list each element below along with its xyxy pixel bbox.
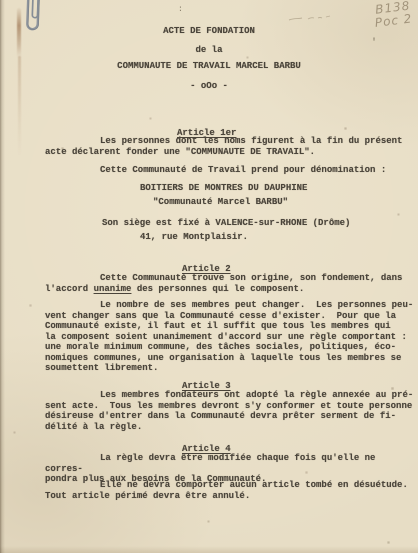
- article1-subname: "Communauté Marcel BARBU": [153, 197, 288, 208]
- article1-siege: Son siège est fixé à VALENCE-sur-RHONE (…: [102, 218, 350, 229]
- stray-colon-mark: :: [178, 6, 183, 14]
- scanned-document-page: B138 Poc 2 : ' ACTE DE FONDATION de la C…: [0, 0, 418, 553]
- article1-paragraph1: Les personnes dont les noms figurent à l…: [45, 136, 417, 157]
- article2-p1-underlined-word: unanime: [94, 284, 132, 294]
- doc-title-ornament: - oOo -: [0, 81, 418, 92]
- doc-title-line1: ACTE DE FONDATION: [0, 26, 418, 37]
- doc-title-line2: de la: [0, 45, 418, 56]
- article3-paragraph1: Les membres fondateurs ont adopté la règ…: [45, 390, 417, 432]
- article1-paragraph2: Cette Communauté de Travail prend pour d…: [45, 165, 417, 176]
- article2-p1-after: des personnes qui le composent.: [131, 284, 304, 294]
- article2-paragraph1: Cette Communauté trouve son origine, son…: [45, 273, 417, 294]
- pencil-scribble: [288, 13, 332, 25]
- paper-speckles: [0, 0, 1, 1]
- article1-denomination: BOITIERS DE MONTRES DU DAUPHINE: [140, 183, 307, 194]
- article4-paragraph2: Elle ne devra comporter aucun article to…: [45, 480, 417, 501]
- article1-address: 41, rue Montplaisir.: [140, 232, 248, 243]
- article2-paragraph2: Le nombre de ses membres peut changer. L…: [45, 300, 417, 374]
- doc-title-line3: COMMUNAUTE DE TRAVAIL MARCEL BARBU: [0, 61, 418, 72]
